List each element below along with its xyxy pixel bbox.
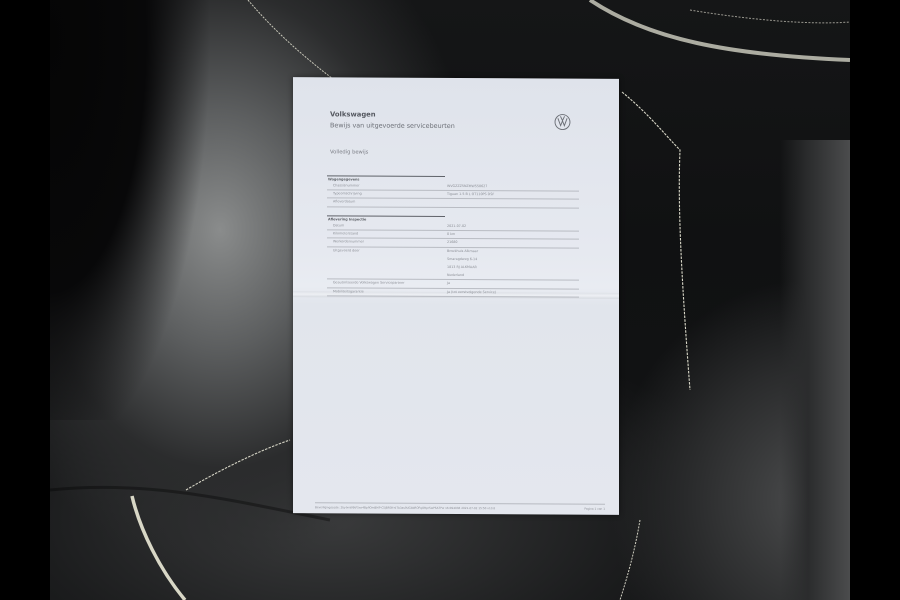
page-number: Pagina 1 van 1 <box>584 507 605 511</box>
row-value: Tiguan 1.5 B L OT110PS DSF <box>447 190 494 198</box>
proof-type: Volledig bewijs <box>330 149 368 155</box>
document-subtitle: Bewijs van uitgevoerde servicebeurten <box>330 121 455 130</box>
service-document: Volkswagen Bewijs van uitgevoerde servic… <box>293 77 619 515</box>
row-label: Uitgevoerd door <box>333 248 360 252</box>
row-value: Broekhuis Alkmaar Smaragdweg 6-14 1813 R… <box>447 247 478 280</box>
row-value: Ja (tot eerstvolgende Service) <box>447 288 496 296</box>
row-label: Chassisnummer <box>333 183 359 187</box>
row-label: Datum <box>333 223 344 227</box>
vw-logo-icon <box>554 114 571 131</box>
row-label: Kilometerstand <box>333 232 358 236</box>
row-value: 0 km <box>447 230 455 238</box>
row-label: Typeomschrijving <box>333 192 362 196</box>
row-label: Mobiliteitsgarantie <box>333 289 364 293</box>
row-label: Geautoriseerde Volkswagen Servicepartner <box>333 281 404 285</box>
table-row: Uitgevoerd doorBroekhuis Alkmaar Smaragd… <box>327 246 579 281</box>
table-row: Afleverdatum <box>327 198 579 209</box>
row-value: 21680 <box>447 238 458 246</box>
row-value: WVGZZZ5NZMW550627 <box>447 182 487 190</box>
document-footer: Beveiligingscode: 2bylxnW9tF5xe4BpfiOmBM… <box>315 505 495 510</box>
footer-rule <box>315 502 605 505</box>
row-value: Ja <box>447 279 450 287</box>
document-brand: Volkswagen <box>330 110 376 118</box>
row-value: 2021-07-02 <box>447 222 466 230</box>
row-label: Afleverdatum <box>333 200 355 204</box>
table-row: MobiliteitsgarantieJa (tot eerstvolgende… <box>327 287 579 298</box>
row-label: Werkordernummer <box>333 240 364 244</box>
